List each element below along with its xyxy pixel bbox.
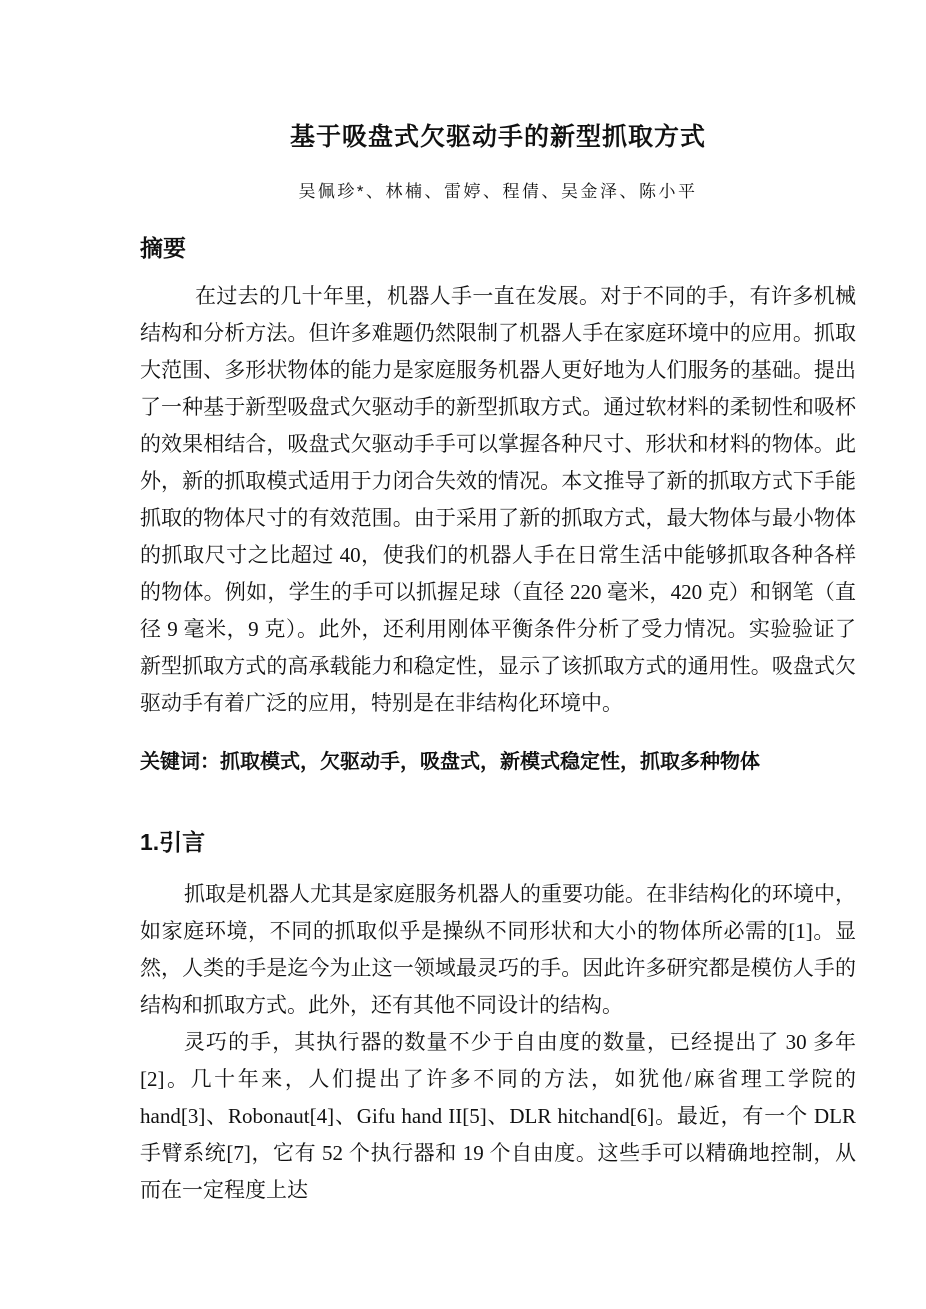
- paper-authors: 吴佩珍*、林楠、雷婷、程倩、吴金泽、陈小平: [140, 180, 856, 203]
- keywords-label: 关键词：: [140, 751, 220, 773]
- keywords-line: 关键词：抓取模式，欠驱动手，吸盘式，新模式稳定性，抓取多种物体: [140, 744, 856, 781]
- keywords-text: 抓取模式，欠驱动手，吸盘式，新模式稳定性，抓取多种物体: [220, 751, 760, 773]
- introduction-paragraph-2: 灵巧的手，其执行器的数量不少于自由度的数量，已经提出了 30 多年[2]。几十年…: [140, 1024, 856, 1209]
- paper-title: 基于吸盘式欠驱动手的新型抓取方式: [140, 120, 856, 154]
- paper-page: 基于吸盘式欠驱动手的新型抓取方式 吴佩珍*、林楠、雷婷、程倩、吴金泽、陈小平 摘…: [0, 0, 926, 1309]
- introduction-paragraph-1: 抓取是机器人尤其是家庭服务机器人的重要功能。在非结构化的环境中，如家庭环境，不同…: [140, 876, 856, 1024]
- abstract-heading: 摘要: [140, 233, 856, 264]
- introduction-heading: 1.引言: [140, 827, 856, 858]
- abstract-paragraph: 在过去的几十年里，机器人手一直在发展。对于不同的手，有许多机械结构和分析方法。但…: [140, 278, 856, 722]
